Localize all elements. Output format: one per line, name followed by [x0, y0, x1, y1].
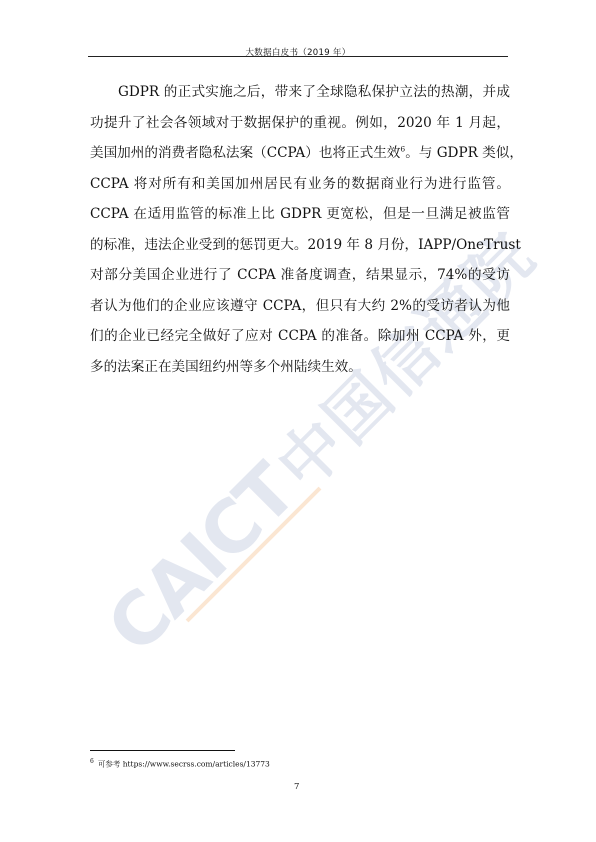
paragraph-line: CCPA 将对所有和美国加州居民有业务的数据商业行为进行监管。 [90, 169, 510, 200]
paragraph-line: GDPR 的正式实施之后，带来了全球隐私保护立法的热潮，并成 [90, 77, 510, 108]
paragraph-line: 美国加州的消费者隐私法案（CCPA）也将正式生效6。与 GDPR 类似， [90, 138, 510, 169]
running-header: 大数据白皮书（2019 年） [88, 40, 508, 57]
paragraph-line-text: 美国加州的消费者隐私法案（CCPA）也将正式生效 [90, 145, 400, 161]
paragraph-line: CCPA 在适用监管的标准上比 GDPR 更宽松，但是一旦满足被监管 [90, 199, 510, 230]
footnote: 6可参考 https://www.secrss.com/articles/137… [90, 757, 270, 770]
paragraph-line: 的标准，违法企业受到的惩罚更大。2019 年 8 月份，IAPP/OneTrus… [90, 230, 510, 261]
paragraph-line: 们的企业已经完全做好了应对 CCPA 的准备。除加州 CCPA 外，更 [90, 321, 510, 352]
paragraph-line: 对部分美国企业进行了 CCPA 准备度调查，结果显示，74%的受访 [90, 260, 510, 291]
body-paragraph: GDPR 的正式实施之后，带来了全球隐私保护立法的热潮，并成 功提升了社会各领域… [90, 77, 510, 382]
paragraph-line: 多的法案正在美国纽约州等多个州陆续生效。 [90, 352, 510, 383]
paragraph-line: 者认为他们的企业应该遵守 CCPA，但只有大约 2%的受访者认为他 [90, 291, 510, 322]
paragraph-line-text: 。与 GDPR 类似， [405, 145, 523, 161]
paragraph-line: 功提升了社会各领域对于数据保护的重视。例如，2020 年 1 月起， [90, 108, 510, 139]
footnote-text[interactable]: 可参考 https://www.secrss.com/articles/1377… [98, 760, 270, 769]
page-number: 7 [294, 782, 299, 792]
watermark-latin: CAICT [91, 449, 311, 669]
footnote-number: 6 [90, 758, 94, 765]
header-title: 大数据白皮书（2019 年） [245, 48, 350, 58]
footnote-separator [90, 750, 235, 751]
